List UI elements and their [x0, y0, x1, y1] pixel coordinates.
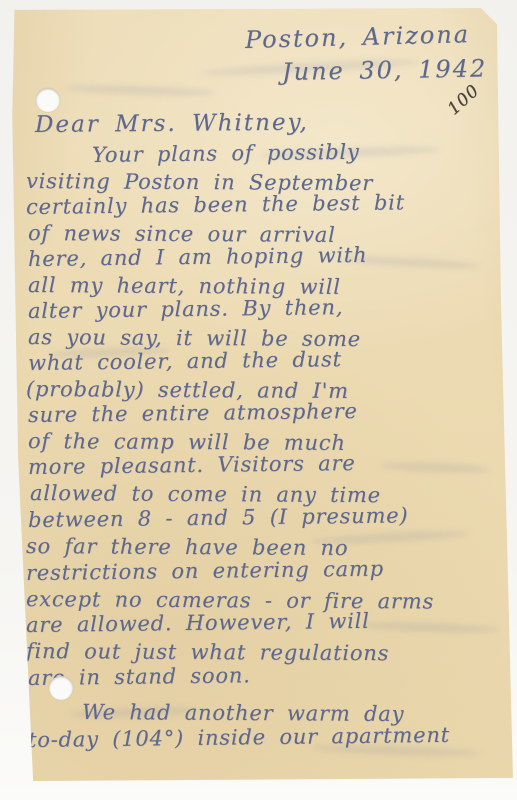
- ink-bleedthrough: [380, 461, 490, 474]
- letter-place-line: Poston, Arizona: [245, 20, 471, 54]
- scanned-letter-image: Poston, Arizona June 30, 1942 100 Dear M…: [0, 0, 517, 800]
- letter-date-line: June 30, 1942: [282, 54, 488, 86]
- ink-bleedthrough: [360, 621, 500, 635]
- letter-salutation: Dear Mrs. Whitney,: [35, 110, 309, 138]
- letter-line: are allowed. However, I will: [26, 609, 370, 637]
- pencil-annotation: 100: [444, 81, 484, 120]
- letter-line: to-day (104°) inside our apartment: [28, 723, 450, 752]
- letter-line: restrictions on entering camp: [26, 557, 384, 585]
- letter-line: more pleasant. Visitors are: [28, 451, 356, 479]
- letter-line: We had another warm day: [82, 700, 404, 726]
- letter-line: here, and I am hoping with: [28, 243, 368, 271]
- letter-line: sure the entire atmosphere: [28, 399, 358, 427]
- letter-line: so far there have been no: [26, 534, 348, 560]
- letter-page: Poston, Arizona June 30, 1942 100 Dear M…: [10, 8, 513, 781]
- hole-punch-top: [36, 88, 60, 112]
- letter-line: allowed to come in any time: [30, 481, 381, 507]
- letter-line: alter your plans. By then,: [28, 295, 344, 323]
- letter-line: what cooler, and the dust: [28, 347, 342, 375]
- letter-line: find out just what regulations: [26, 639, 389, 665]
- hole-punch-bottom: [49, 676, 73, 700]
- ink-bleedthrough: [65, 83, 215, 97]
- letter-line: between 8 - and 5 (I presume): [28, 503, 409, 532]
- letter-line: certainly has been the best bit: [26, 190, 405, 219]
- letter-line: Your plans of possibly: [92, 140, 360, 167]
